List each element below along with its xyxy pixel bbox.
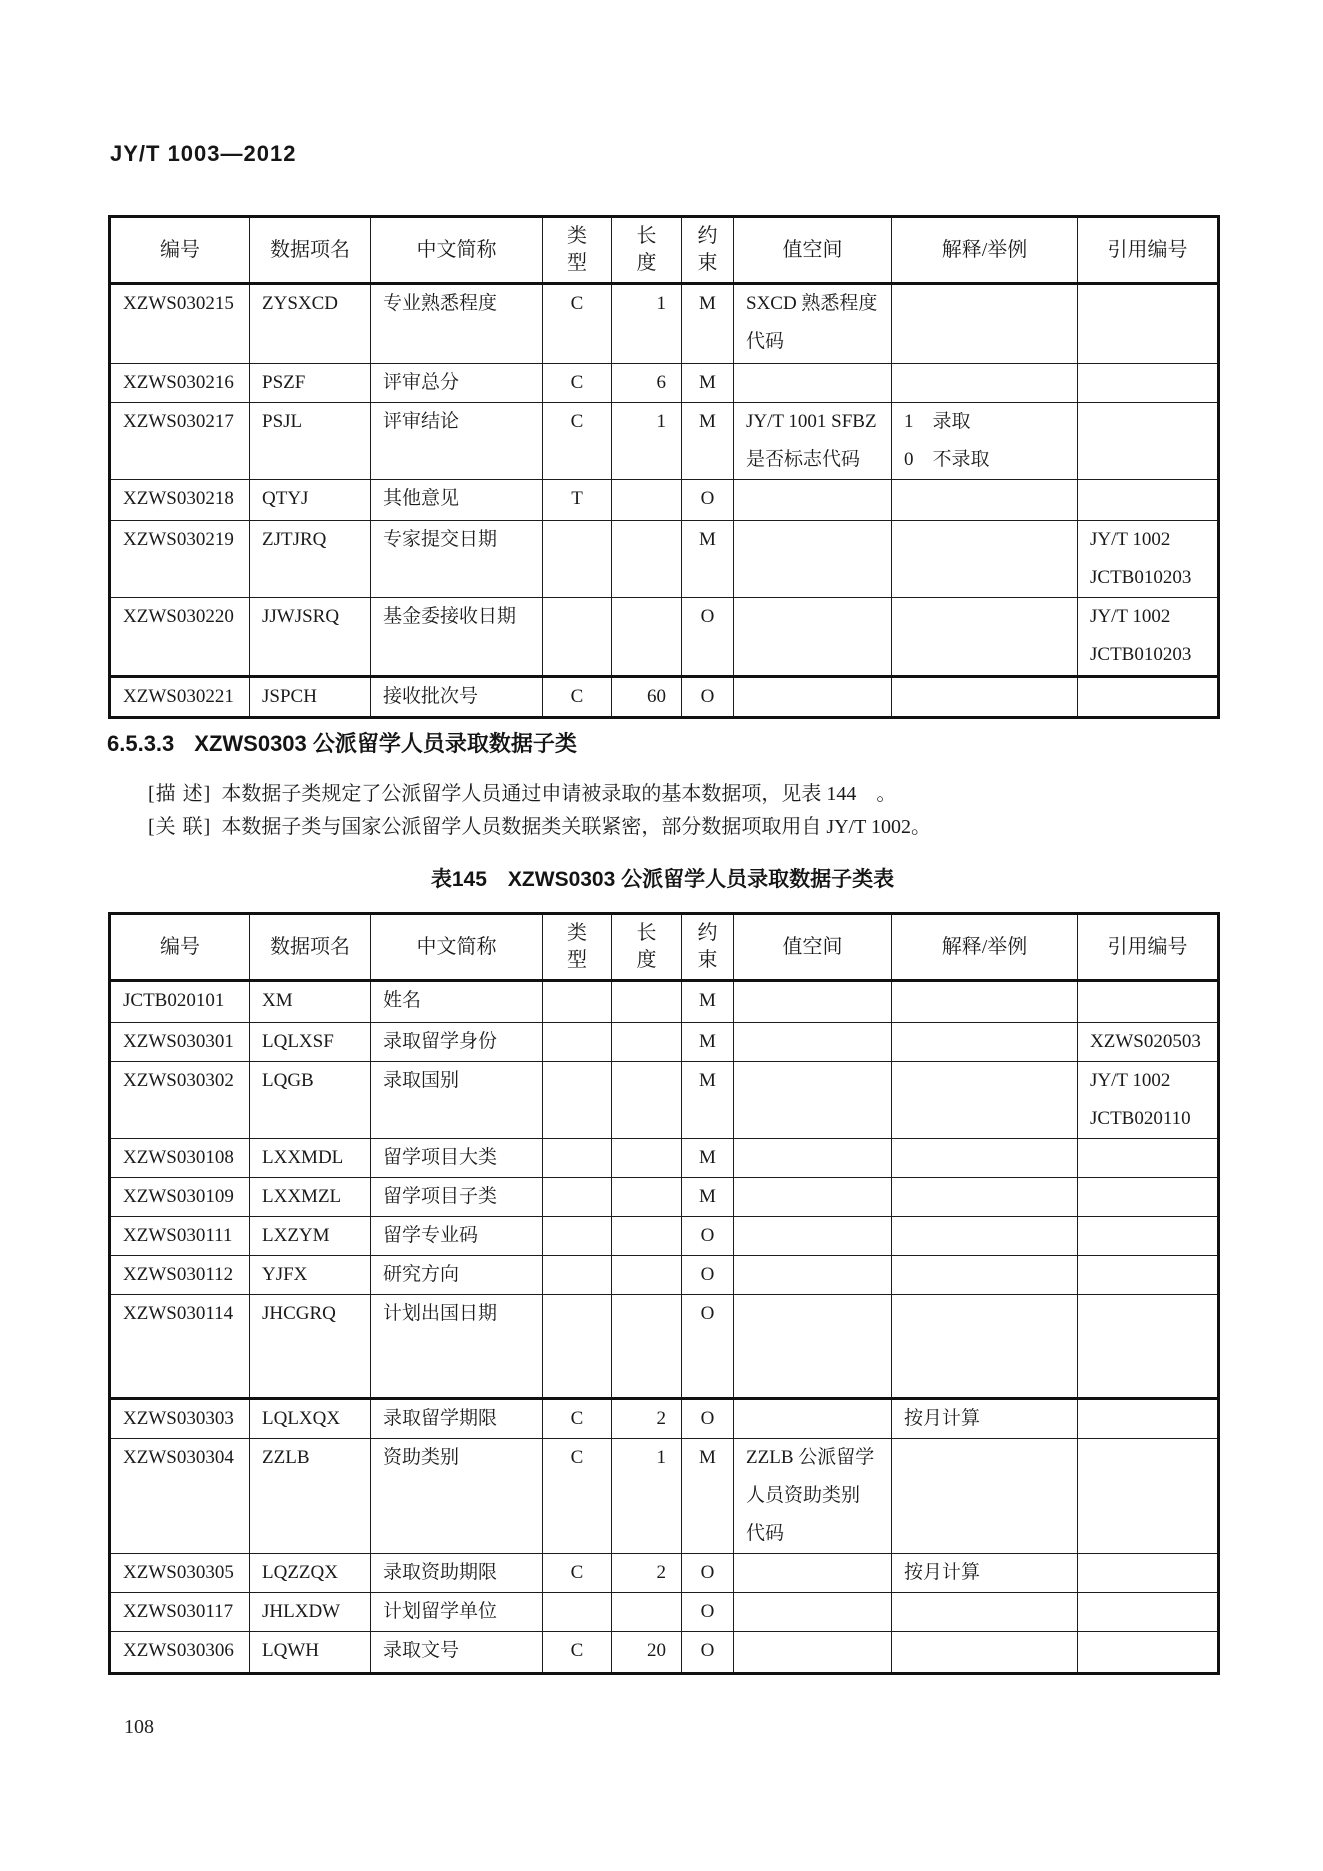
table-cell — [734, 1399, 892, 1439]
table-cell — [892, 284, 1078, 364]
table-row: XZWS030304ZZLB资助类别C1MZZLB 公派留学人员资助类别代码 — [110, 1439, 1219, 1554]
table-cell: ZZLB 公派留学人员资助类别代码 — [734, 1439, 892, 1554]
table-cell — [1078, 1399, 1219, 1439]
table-cell — [543, 1593, 612, 1632]
table-cell: 计划留学单位 — [371, 1593, 543, 1632]
table-cell: 计划出国日期 — [371, 1295, 543, 1399]
table-cell: XZWS030220 — [110, 598, 250, 677]
section-title: XZWS0303 公派留学人员录取数据子类 — [194, 731, 577, 756]
table-row: XZWS030303LQLXQX录取留学期限C2O按月计算 — [110, 1399, 1219, 1439]
table-cell — [543, 1256, 612, 1295]
table-row: XZWS030216PSZF评审总分C6M — [110, 364, 1219, 403]
table-cell — [1078, 364, 1219, 403]
table-cell — [612, 480, 682, 521]
table-row: XZWS030218QTYJ其他意见TO — [110, 480, 1219, 521]
table-cell: C — [543, 1439, 612, 1554]
table-cell: LQGB — [250, 1062, 371, 1139]
table-cell: QTYJ — [250, 480, 371, 521]
table-cell — [734, 1217, 892, 1256]
table-cell — [612, 1178, 682, 1217]
table-cell: O — [682, 1217, 734, 1256]
table-cell — [892, 1062, 1078, 1139]
table-cell: T — [543, 480, 612, 521]
table-cell: M — [682, 1439, 734, 1554]
table-cell: XZWS030304 — [110, 1439, 250, 1554]
table-cell: 2 — [612, 1554, 682, 1593]
table-cell — [612, 1256, 682, 1295]
table-cell: XZWS030114 — [110, 1295, 250, 1399]
table-cell — [892, 364, 1078, 403]
table-cell — [543, 598, 612, 677]
table-cell: O — [682, 1295, 734, 1399]
table-cell: C — [543, 1632, 612, 1674]
table-cell: XZWS030117 — [110, 1593, 250, 1632]
doc-code: JY/T 1003—2012 — [110, 141, 296, 167]
table-cell: JY/T 1001 SFBZ是否标志代码 — [734, 403, 892, 480]
table-cell: C — [543, 1399, 612, 1439]
description-paragraph: [描 述]本数据子类规定了公派留学人员通过申请被录取的基本数据项，见表 144 … — [148, 777, 896, 806]
table-cell — [612, 1217, 682, 1256]
table-cell — [892, 480, 1078, 521]
table-row: XZWS030221JSPCH接收批次号C60O — [110, 677, 1219, 718]
table-cell — [543, 1023, 612, 1062]
table-cell: C — [543, 364, 612, 403]
table-cell: 其他意见 — [371, 480, 543, 521]
table-cell: 录取国别 — [371, 1062, 543, 1139]
table-cell: YJFX — [250, 1256, 371, 1295]
data-items-table: 编号数据项名中文简称类型长度约束值空间解释/举例引用编号JCTB020101XM… — [108, 912, 1220, 1675]
table-cell: XM — [250, 981, 371, 1023]
table-cell: XZWS030108 — [110, 1139, 250, 1178]
table-cell: XZWS030216 — [110, 364, 250, 403]
table-cell: XZWS030111 — [110, 1217, 250, 1256]
table-cell — [1078, 1217, 1219, 1256]
table-cell: XZWS030306 — [110, 1632, 250, 1674]
header-row: 编号数据项名中文简称类型长度约束值空间解释/举例引用编号 — [110, 217, 1219, 284]
table-cell: M — [682, 981, 734, 1023]
table-cell: O — [682, 1593, 734, 1632]
table-cell — [1078, 1554, 1219, 1593]
column-header: 解释/举例 — [892, 217, 1078, 284]
table-cell: O — [682, 1632, 734, 1674]
table-cell: 60 — [612, 677, 682, 718]
table-cell: XZWS030109 — [110, 1178, 250, 1217]
table-cell — [612, 1295, 682, 1399]
table-cell: O — [682, 480, 734, 521]
table-cell — [892, 1139, 1078, 1178]
table-cell: O — [682, 1554, 734, 1593]
table-cell: M — [682, 1062, 734, 1139]
table-cell: XZWS030218 — [110, 480, 250, 521]
column-header: 长度 — [612, 914, 682, 981]
table-cell — [734, 677, 892, 718]
table-caption: 表145 XZWS0303 公派留学人员录取数据子类表 — [108, 863, 1217, 893]
table-cell: LXZYM — [250, 1217, 371, 1256]
table-cell — [1078, 284, 1219, 364]
table-cell — [892, 1217, 1078, 1256]
table-row: JCTB020101XM姓名M — [110, 981, 1219, 1023]
table-cell: 2 — [612, 1399, 682, 1439]
table-row: XZWS030302LQGB录取国别MJY/T 1002JCTB020110 — [110, 1062, 1219, 1139]
table-cell — [1078, 1439, 1219, 1554]
table-cell: XZWS030221 — [110, 677, 250, 718]
table-cell: SXCD 熟悉程度代码 — [734, 284, 892, 364]
table-cell: LXXMZL — [250, 1178, 371, 1217]
paragraph-label: [关 联] — [148, 816, 211, 838]
table-cell — [734, 981, 892, 1023]
table-cell: 6 — [612, 364, 682, 403]
table-cell: 专家提交日期 — [371, 521, 543, 598]
column-header: 中文简称 — [371, 914, 543, 981]
table-145-upper-continuation: 编号数据项名中文简称类型长度约束值空间解释/举例引用编号XZWS030215ZY… — [108, 215, 1220, 719]
table-cell: XZWS030305 — [110, 1554, 250, 1593]
paragraph-label: [描 述] — [148, 783, 211, 805]
table-cell: XZWS030302 — [110, 1062, 250, 1139]
table-row: XZWS030108LXXMDL留学项目大类M — [110, 1139, 1219, 1178]
table-cell: JHLXDW — [250, 1593, 371, 1632]
column-header: 类型 — [543, 914, 612, 981]
table-cell: C — [543, 1554, 612, 1593]
table-cell: XZWS030215 — [110, 284, 250, 364]
table-cell: JY/T 1002JCTB020110 — [1078, 1062, 1219, 1139]
table-cell: M — [682, 403, 734, 480]
table-145-xzws0303: 编号数据项名中文简称类型长度约束值空间解释/举例引用编号JCTB020101XM… — [108, 912, 1220, 1675]
table-cell: ZJTJRQ — [250, 521, 371, 598]
table-cell — [1078, 1593, 1219, 1632]
table-cell: ZZLB — [250, 1439, 371, 1554]
table-cell — [734, 521, 892, 598]
column-header: 引用编号 — [1078, 914, 1219, 981]
table-cell — [734, 364, 892, 403]
table-cell: M — [682, 284, 734, 364]
table-cell — [1078, 1178, 1219, 1217]
table-row: XZWS030220JJWJSRQ基金委接收日期OJY/T 1002JCTB01… — [110, 598, 1219, 677]
table-cell: 姓名 — [371, 981, 543, 1023]
table-cell: XZWS030217 — [110, 403, 250, 480]
table-cell — [734, 1593, 892, 1632]
column-header: 约束 — [682, 217, 734, 284]
table-cell: LQLXQX — [250, 1399, 371, 1439]
table-cell — [612, 1062, 682, 1139]
table-cell — [734, 1139, 892, 1178]
table-cell — [612, 1593, 682, 1632]
table-cell — [543, 981, 612, 1023]
table-cell: O — [682, 598, 734, 677]
column-header: 数据项名 — [250, 914, 371, 981]
table-cell: 录取留学期限 — [371, 1399, 543, 1439]
table-cell — [892, 1593, 1078, 1632]
table-cell — [734, 1062, 892, 1139]
column-header: 约束 — [682, 914, 734, 981]
table-cell — [612, 981, 682, 1023]
table-cell — [543, 521, 612, 598]
table-cell — [1078, 1295, 1219, 1399]
header-row: 编号数据项名中文简称类型长度约束值空间解释/举例引用编号 — [110, 914, 1219, 981]
table-cell — [1078, 1632, 1219, 1674]
paragraph-text: 本数据子类规定了公派留学人员通过申请被录取的基本数据项，见表 144 。 — [221, 783, 896, 805]
table-cell: O — [682, 1399, 734, 1439]
table-cell — [543, 1178, 612, 1217]
page-number: 108 — [124, 1716, 154, 1739]
data-items-table-upper: 编号数据项名中文简称类型长度约束值空间解释/举例引用编号XZWS030215ZY… — [108, 215, 1220, 719]
table-cell: LXXMDL — [250, 1139, 371, 1178]
table-row: XZWS030219ZJTJRQ专家提交日期MJY/T 1002JCTB0102… — [110, 521, 1219, 598]
table-cell — [543, 1139, 612, 1178]
column-header: 编号 — [110, 914, 250, 981]
table-cell — [892, 1295, 1078, 1399]
table-cell: C — [543, 284, 612, 364]
table-cell: M — [682, 1178, 734, 1217]
table-cell: 评审总分 — [371, 364, 543, 403]
table-cell — [892, 598, 1078, 677]
table-cell: LQWH — [250, 1632, 371, 1674]
table-cell: PSZF — [250, 364, 371, 403]
table-cell — [1078, 1139, 1219, 1178]
table-cell: XZWS030219 — [110, 521, 250, 598]
table-cell: 录取文号 — [371, 1632, 543, 1674]
table-cell: M — [682, 521, 734, 598]
table-cell — [612, 598, 682, 677]
table-cell: JSPCH — [250, 677, 371, 718]
column-header: 值空间 — [734, 217, 892, 284]
table-cell — [892, 981, 1078, 1023]
table-cell — [734, 1023, 892, 1062]
table-cell — [612, 521, 682, 598]
table-cell: LQLXSF — [250, 1023, 371, 1062]
table-cell — [892, 1023, 1078, 1062]
table-cell — [543, 1295, 612, 1399]
table-cell: LQZZQX — [250, 1554, 371, 1593]
table-cell — [612, 1139, 682, 1178]
table-cell — [1078, 1256, 1219, 1295]
table-cell — [892, 521, 1078, 598]
table-cell — [892, 677, 1078, 718]
table-cell — [734, 480, 892, 521]
table-cell: C — [543, 677, 612, 718]
table-cell: 1 — [612, 403, 682, 480]
section-heading: 6.5.3.3XZWS0303 公派留学人员录取数据子类 — [107, 727, 577, 758]
column-header: 类型 — [543, 217, 612, 284]
table-cell — [734, 1256, 892, 1295]
table-cell: 录取留学身份 — [371, 1023, 543, 1062]
table-cell — [1078, 981, 1219, 1023]
table-cell — [734, 1295, 892, 1399]
table-cell — [612, 1023, 682, 1062]
table-row: XZWS030301LQLXSF录取留学身份MXZWS020503 — [110, 1023, 1219, 1062]
document-page: JY/T 1003—2012 编号数据项名中文简称类型长度约束值空间解释/举例引… — [0, 0, 1323, 1871]
table-cell: JJWJSRQ — [250, 598, 371, 677]
column-header: 数据项名 — [250, 217, 371, 284]
table-cell: 接收批次号 — [371, 677, 543, 718]
table-cell: 研究方向 — [371, 1256, 543, 1295]
table-cell: 留学专业码 — [371, 1217, 543, 1256]
table-cell — [1078, 677, 1219, 718]
table-row: XZWS030112YJFX研究方向O — [110, 1256, 1219, 1295]
table-row: XZWS030215ZYSXCD专业熟悉程度C1MSXCD 熟悉程度代码 — [110, 284, 1219, 364]
table-cell: 按月计算 — [892, 1399, 1078, 1439]
table-cell: 按月计算 — [892, 1554, 1078, 1593]
table-row: XZWS030109LXXMZL留学项目子类M — [110, 1178, 1219, 1217]
table-cell: O — [682, 1256, 734, 1295]
table-cell: JY/T 1002JCTB010203 — [1078, 521, 1219, 598]
table-cell: XZWS030112 — [110, 1256, 250, 1295]
table-cell: ZYSXCD — [250, 284, 371, 364]
column-header: 引用编号 — [1078, 217, 1219, 284]
table-cell: 1 — [612, 1439, 682, 1554]
table-cell: XZWS020503 — [1078, 1023, 1219, 1062]
table-cell — [734, 1554, 892, 1593]
table-cell: 评审结论 — [371, 403, 543, 480]
table-cell — [543, 1062, 612, 1139]
relation-paragraph: [关 联]本数据子类与国家公派留学人员数据类关联紧密，部分数据项取用自 JY/T… — [148, 810, 931, 839]
table-cell: 1 录取0 不录取 — [892, 403, 1078, 480]
table-row: XZWS030117JHLXDW计划留学单位O — [110, 1593, 1219, 1632]
table-cell — [734, 1632, 892, 1674]
table-cell: JHCGRQ — [250, 1295, 371, 1399]
table-cell: 基金委接收日期 — [371, 598, 543, 677]
table-row: XZWS030114JHCGRQ计划出国日期O — [110, 1295, 1219, 1399]
table-cell: 资助类别 — [371, 1439, 543, 1554]
table-cell: 1 — [612, 284, 682, 364]
table-row: XZWS030111LXZYM留学专业码O — [110, 1217, 1219, 1256]
table-cell — [734, 598, 892, 677]
table-cell — [1078, 480, 1219, 521]
table-cell — [892, 1178, 1078, 1217]
table-cell: JCTB020101 — [110, 981, 250, 1023]
table-cell: M — [682, 364, 734, 403]
paragraph-text: 本数据子类与国家公派留学人员数据类关联紧密，部分数据项取用自 JY/T 1002… — [221, 816, 931, 838]
column-header: 长度 — [612, 217, 682, 284]
table-cell — [1078, 403, 1219, 480]
column-header: 值空间 — [734, 914, 892, 981]
table-cell — [892, 1256, 1078, 1295]
column-header: 解释/举例 — [892, 914, 1078, 981]
column-header: 中文简称 — [371, 217, 543, 284]
table-cell: 专业熟悉程度 — [371, 284, 543, 364]
table-cell: O — [682, 677, 734, 718]
table-cell: 录取资助期限 — [371, 1554, 543, 1593]
table-cell: 留学项目子类 — [371, 1178, 543, 1217]
table-row: XZWS030306LQWH录取文号C20O — [110, 1632, 1219, 1674]
table-cell — [734, 1178, 892, 1217]
table-cell: C — [543, 403, 612, 480]
table-cell — [543, 1217, 612, 1256]
table-cell: PSJL — [250, 403, 371, 480]
table-cell — [892, 1439, 1078, 1554]
table-cell: XZWS030303 — [110, 1399, 250, 1439]
table-cell: 20 — [612, 1632, 682, 1674]
table-cell: M — [682, 1139, 734, 1178]
column-header: 编号 — [110, 217, 250, 284]
table-cell: M — [682, 1023, 734, 1062]
table-cell: XZWS030301 — [110, 1023, 250, 1062]
table-cell: 留学项目大类 — [371, 1139, 543, 1178]
section-number: 6.5.3.3 — [107, 731, 174, 756]
table-cell: JY/T 1002JCTB010203 — [1078, 598, 1219, 677]
table-cell — [892, 1632, 1078, 1674]
table-row: XZWS030305LQZZQX录取资助期限C2O按月计算 — [110, 1554, 1219, 1593]
table-row: XZWS030217PSJL评审结论C1MJY/T 1001 SFBZ是否标志代… — [110, 403, 1219, 480]
